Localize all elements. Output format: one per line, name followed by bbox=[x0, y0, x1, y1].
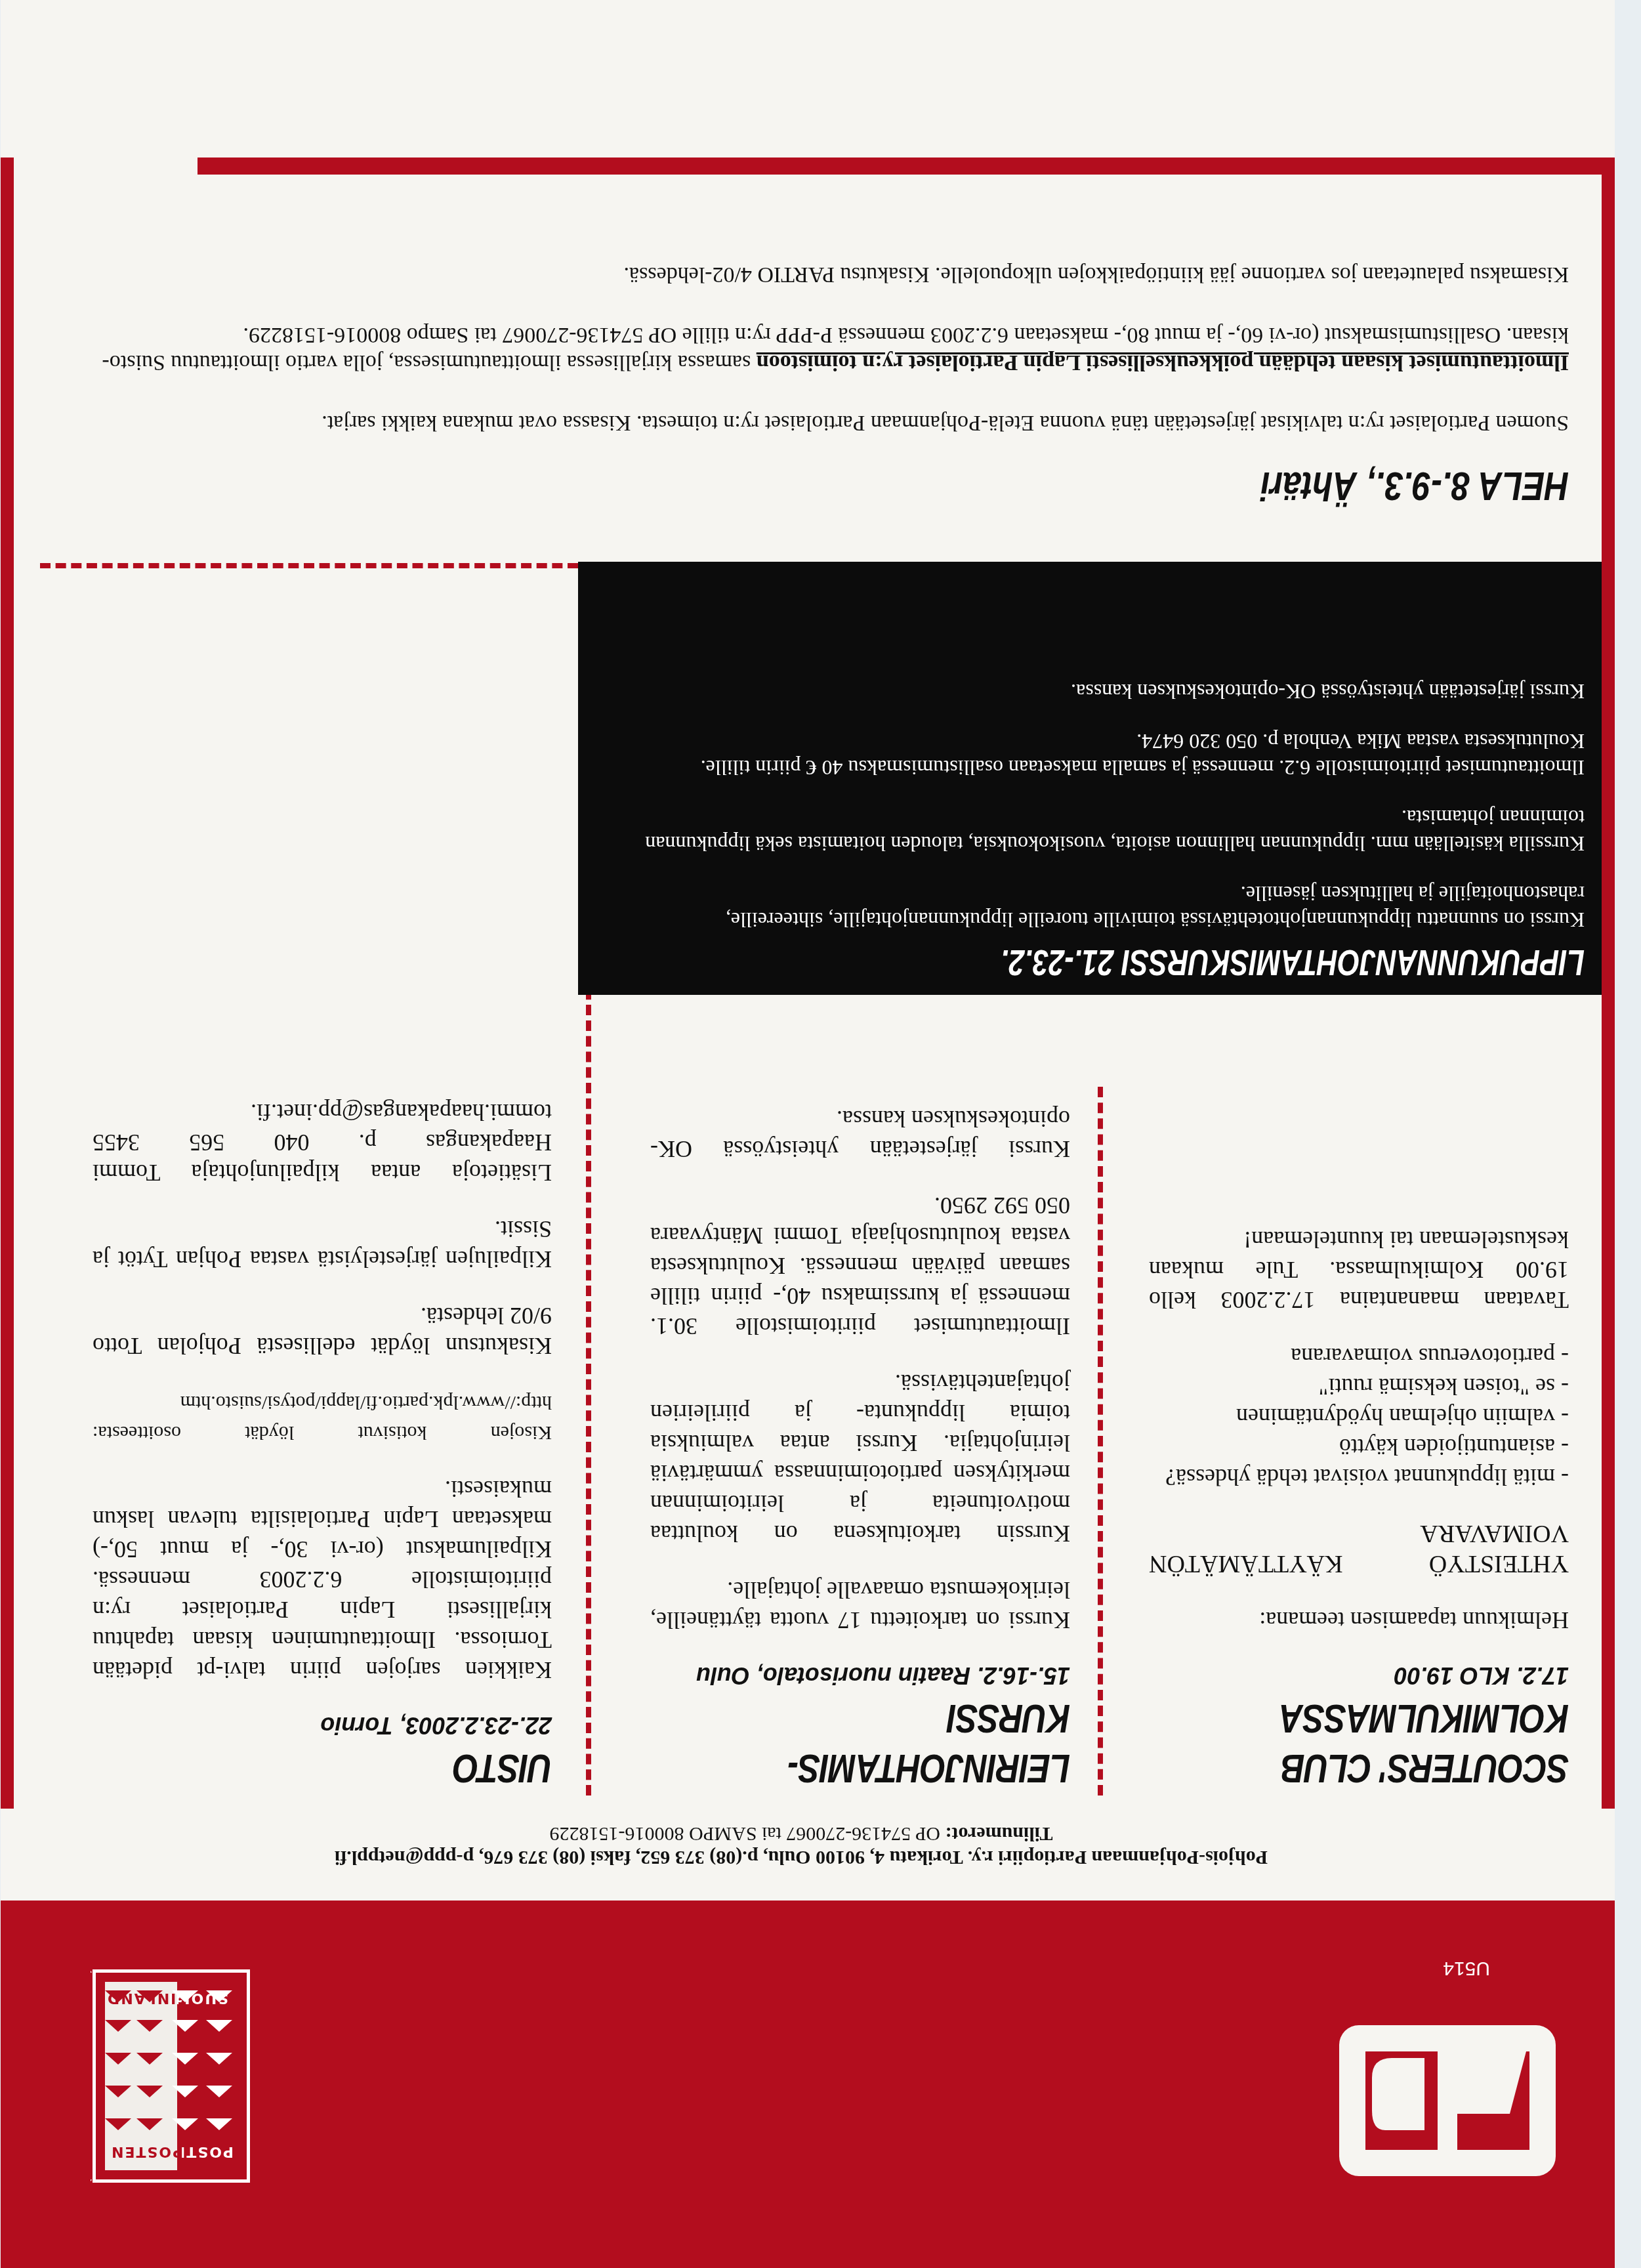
section-title: UISTO bbox=[175, 1747, 552, 1789]
account-label: Tilinumerot: bbox=[945, 1823, 1053, 1845]
section-divider bbox=[40, 563, 578, 568]
postage-stamp: POSTI POSTEN SUOMI FINLAND bbox=[93, 1969, 250, 2183]
paragraph: Kaikkien sarjojen piirin talvi-pt pidetä… bbox=[93, 1474, 552, 1685]
issue-code: U514 bbox=[1443, 1957, 1490, 1979]
paragraph: Kurssi järjestetään yhteistyössä OK-opin… bbox=[595, 679, 1585, 705]
section-uisto: UISTO 22.-23.2.2003, Tornio Kaikkien sar… bbox=[93, 1071, 552, 1789]
section-title: LIPPUKUNNANJOHTAMISKURSSI 21.-23.2. bbox=[813, 940, 1585, 986]
paragraph: Suomen Partiolaiset ry:n talvikisat järj… bbox=[40, 409, 1569, 436]
logo-5-icon bbox=[1339, 2025, 1556, 2176]
bullet-item: - mitä lippukunnat voisivat tehdä yhdess… bbox=[1149, 1462, 1569, 1492]
section-subtitle: 15.-16.2. Raatin nuorisotalo, Oulu bbox=[650, 1662, 1070, 1689]
bullet-item: - asiantuntijoiden käyttö bbox=[1149, 1432, 1569, 1462]
paragraph: Kilpailujen järjestelyistä vastaa Pohjan… bbox=[93, 1214, 552, 1274]
address-block: Pohjois-Pohjanmaan Partiopiiri r.y. Tori… bbox=[79, 1822, 1523, 1869]
section-title: KOLMIKULMASSA bbox=[1224, 1697, 1569, 1739]
address-line: Pohjois-Pohjanmaan Partiopiiri r.y. Tori… bbox=[335, 1847, 1268, 1868]
section-title: HELA 8.-9.3., Ähtäri bbox=[315, 463, 1569, 509]
bullet-list: - mitä lippukunnat voisivat tehdä yhdess… bbox=[1149, 1341, 1569, 1492]
frame-border bbox=[197, 157, 1602, 175]
paragraph: Ilmoittautumiset piiritoimistolle 6.2. m… bbox=[595, 728, 1585, 781]
paragraph: Kurssi on tarkoitettu 17 vuotta täyttäne… bbox=[650, 1575, 1070, 1635]
column-divider bbox=[586, 942, 591, 1795]
paragraph: Kurssi järjestetään yhteistyössä OK-opin… bbox=[650, 1104, 1070, 1164]
stamp-label-posten: POSTEN bbox=[110, 2143, 183, 2160]
red-header-band: U514 POSTI POSTEN SUOMI FINLAND bbox=[1, 1900, 1615, 2268]
paragraph: Helmikuun tapaamisen teemana: bbox=[1149, 1605, 1569, 1635]
section-title: LEIRINJOHTAMIS- bbox=[726, 1747, 1070, 1789]
bullet-item: - se "toisen keksimä ruuti" bbox=[1149, 1372, 1569, 1402]
section-subtitle: 22.-23.2.2003, Tornio bbox=[93, 1711, 552, 1739]
bullet-item: - valmiin ohjelman hyödyntäminen bbox=[1149, 1402, 1569, 1432]
paragraph: Kisojen kotisivut löydät osoitteesta: ht… bbox=[93, 1387, 552, 1448]
paragraph: Ilmoittautumiset kisaan tehdään poikkeuk… bbox=[40, 321, 1569, 376]
frame-border bbox=[1, 157, 14, 1809]
bullet-item: - partiotoveruus voimavarana bbox=[1149, 1341, 1569, 1372]
section-hela: HELA 8.-9.3., Ähtäri Suomen Partiolaiset… bbox=[40, 228, 1569, 509]
emphasis: Ilmoittautumiset kisaan tehdään poikkeuk… bbox=[757, 350, 1569, 375]
stamp-label-posti: POSTI bbox=[178, 2143, 234, 2160]
paragraph: Kurssilla käsitellään mm. lippukunnan ha… bbox=[595, 805, 1585, 857]
paragraph: Tavataan maanantaina 17.2.2003 kello 19.… bbox=[1149, 1225, 1569, 1315]
paragraph: Kisakutsun löydät edellisestä Pohjolan T… bbox=[93, 1301, 552, 1361]
section-title: KURSSI bbox=[726, 1697, 1070, 1739]
section-title: SCOUTERS' CLUB bbox=[1224, 1747, 1569, 1789]
section-lippukunnanjohtamiskurssi: LIPPUKUNNANJOHTAMISKURSSI 21.-23.2. Kurs… bbox=[578, 562, 1602, 995]
column-divider bbox=[1098, 1087, 1103, 1795]
magazine-back-cover: U514 POSTI POSTEN SUOMI FINLAND Pohjois-… bbox=[0, 0, 1641, 2268]
paragraph: Ilmoittautumiset piiritoimistolle 30.1. … bbox=[650, 1190, 1070, 1341]
paragraph: Kisamaksu palautetaan jos vartionne jää … bbox=[40, 261, 1569, 288]
section-scouters-club: SCOUTERS' CLUB KOLMIKULMASSA 17.2. KLO 1… bbox=[1149, 1198, 1569, 1789]
section-subtitle: 17.2. KLO 19.00 bbox=[1149, 1662, 1569, 1689]
paper: U514 POSTI POSTEN SUOMI FINLAND Pohjois-… bbox=[1, 0, 1615, 2268]
paragraph: Kurssin tarkoituksena on kouluttaa motiv… bbox=[650, 1368, 1070, 1549]
frame-border bbox=[1602, 157, 1615, 1809]
paragraph: Kurssi on suunnattu lippukunnanjohtoteht… bbox=[595, 881, 1585, 933]
account-numbers: OP 574136-270067 tai SAMPO 800016-151822… bbox=[550, 1823, 941, 1845]
paragraph: Lisätietoja antaa kilpailunjohtaja Tommi… bbox=[93, 1097, 552, 1188]
section-leirinjohtamiskurssi: LEIRINJOHTAMIS- KURSSI 15.-16.2. Raatin … bbox=[650, 1078, 1070, 1789]
theme: YHTEISTYÖ KÄYTTÄMÄTÖN VOIMAVARA bbox=[1149, 1519, 1569, 1579]
